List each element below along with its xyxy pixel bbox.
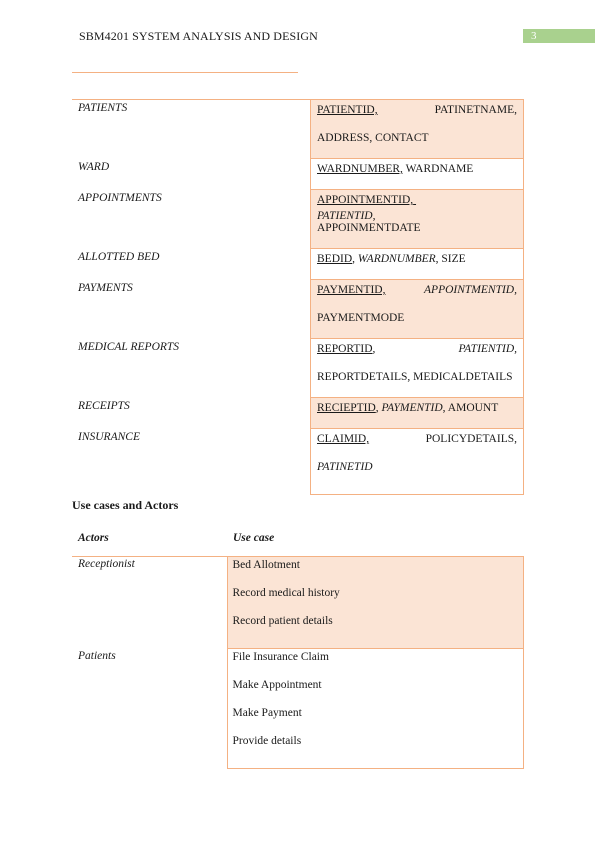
entity-name: APPOINTMENTS: [72, 190, 311, 249]
attribute-line: PAYMENTMODE: [317, 310, 517, 338]
table-row: ALLOTTED BED BEDID, WARDNUMBER, SIZE: [72, 249, 524, 280]
usecase-actors-table: Actors Use case Receptionist Bed Allotme…: [72, 532, 524, 769]
table-row: Patients File Insurance Claim Make Appoi…: [72, 649, 524, 769]
primary-key: WARDNUMBER,: [317, 163, 403, 175]
actor-name: Receptionist: [72, 557, 227, 649]
entity-name: ALLOTTED BED: [72, 249, 311, 280]
attribute-line: REPORTDETAILS, MEDICALDETAILS: [317, 369, 517, 397]
page-number-badge: 3: [523, 29, 595, 43]
actor-name: Patients: [72, 649, 227, 769]
column-header-actors: Actors: [72, 532, 227, 557]
usecase-item: Provide details: [233, 734, 519, 762]
foreign-key: PAYMENTID: [382, 402, 443, 414]
column-header-usecase: Use case: [227, 532, 524, 557]
table-header-row: Actors Use case: [72, 532, 524, 557]
foreign-key: APPOINTMENTID,: [424, 284, 517, 296]
table-row: PATIENTS PATIENTID, PATINETNAME, ADDRESS…: [72, 100, 524, 159]
entity-attributes: RECIEPTID, PAYMENTID, AMOUNT: [311, 398, 524, 429]
attribute: PATINETNAME,: [435, 104, 517, 116]
attribute: WARDNAME: [403, 163, 473, 175]
entity-name: WARD: [72, 159, 311, 190]
primary-key: BEDID: [317, 253, 352, 265]
primary-key: PATIENTID,: [317, 104, 378, 116]
entity-name: PAYMENTS: [72, 280, 311, 339]
entity-attributes: REPORTID, PATIENTID, REPORTDETAILS, MEDI…: [311, 339, 524, 398]
usecase-item: Make Payment: [233, 706, 519, 734]
table-row: INSURANCE CLAIMID, POLICYDETAILS, PATINE…: [72, 429, 524, 495]
primary-key: PAYMENTID,: [317, 284, 385, 296]
usecase-item: Record medical history: [233, 586, 519, 614]
attribute: POLICYDETAILS,: [426, 433, 517, 445]
table-row: WARD WARDNUMBER, WARDNAME: [72, 159, 524, 190]
table-row: Receptionist Bed Allotment Record medica…: [72, 557, 524, 649]
usecase-item: Make Appointment: [233, 678, 519, 706]
primary-key: RECIEPTID: [317, 402, 376, 414]
entity-name: INSURANCE: [72, 429, 311, 495]
entity-attributes: PATIENTID, PATINETNAME, ADDRESS, CONTACT: [311, 100, 524, 159]
header-divider: [72, 72, 298, 73]
attribute-line: ADDRESS, CONTACT: [317, 130, 517, 158]
usecase-item: Bed Allotment: [233, 558, 519, 586]
foreign-key: WARDNUMBER: [358, 253, 436, 265]
table-row: PAYMENTS PAYMENTID, APPOINTMENTID, PAYME…: [72, 280, 524, 339]
entity-name: PATIENTS: [72, 100, 311, 159]
attribute-line: APPOINMENTDATE: [317, 220, 517, 248]
usecase-list: Bed Allotment Record medical history Rec…: [227, 557, 524, 649]
table-row: RECEIPTS RECIEPTID, PAYMENTID, AMOUNT: [72, 398, 524, 429]
entity-attributes: BEDID, WARDNUMBER, SIZE: [311, 249, 524, 280]
entity-name: RECEIPTS: [72, 398, 311, 429]
primary-key: APPOINTMENTID,: [317, 194, 465, 206]
primary-key: REPORTID: [317, 343, 373, 355]
running-header-title: SBM4201 SYSTEM ANALYSIS AND DESIGN: [79, 29, 318, 44]
entity-name: MEDICAL REPORTS: [72, 339, 311, 398]
usecase-item: Record patient details: [233, 614, 519, 642]
section-heading: Use cases and Actors: [72, 498, 178, 513]
table-row: APPOINTMENTS APPOINTMENTID, PATIENTID, A…: [72, 190, 524, 249]
usecase-item: File Insurance Claim: [233, 650, 519, 678]
entity-attributes-table: PATIENTS PATIENTID, PATINETNAME, ADDRESS…: [72, 99, 524, 495]
foreign-key: PATINETID: [317, 459, 517, 487]
entity-attributes: PAYMENTID, APPOINTMENTID, PAYMENTMODE: [311, 280, 524, 339]
entity-attributes: APPOINTMENTID, PATIENTID, APPOINMENTDATE: [311, 190, 524, 249]
table-row: MEDICAL REPORTS REPORTID, PATIENTID, REP…: [72, 339, 524, 398]
entity-attributes: CLAIMID, POLICYDETAILS, PATINETID: [311, 429, 524, 495]
primary-key: CLAIMID,: [317, 433, 369, 445]
usecase-list: File Insurance Claim Make Appointment Ma…: [227, 649, 524, 769]
foreign-key: PATIENTID,: [459, 343, 517, 355]
entity-attributes: WARDNUMBER, WARDNAME: [311, 159, 524, 190]
